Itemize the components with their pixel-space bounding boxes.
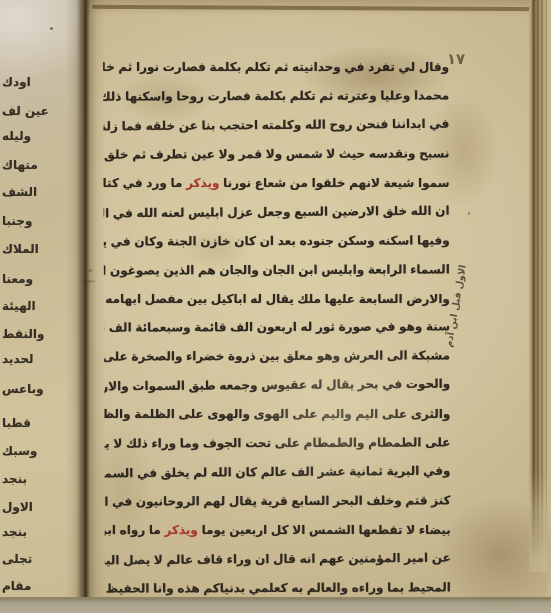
facing-page-word-fragment: وليله	[2, 129, 60, 149]
text-line: والحوت في بحر يقال له عقيوس وجمعه طبق ال…	[104, 370, 450, 402]
line-text: وفي البرية ثمانية عشر الف عالم كان الله …	[104, 464, 450, 482]
gutter-shadow	[66, 0, 106, 613]
text-line: في ابداننا فنحن روح الله وكلمته احتجب بن…	[103, 110, 449, 142]
rubric-word: ويذكر	[165, 523, 198, 537]
facing-page-word-fragment: متهاك	[2, 158, 60, 178]
text-line: على الطمطام والطمطام على تحت الجوف وما و…	[104, 429, 450, 459]
text-line: سنة وهو في صورة ثور له اربعون الف قائمة …	[104, 313, 450, 343]
text-line: والارض السابعة عليها ملك يقال له اباكيل …	[104, 285, 450, 314]
text-line: محمدا وعليا وعترته ثم تكلم بكلمة فصارت ر…	[103, 81, 449, 111]
ink-speck	[89, 269, 92, 272]
facing-page-word-fragment: الاول	[2, 500, 60, 520]
rubric-word: ويذكر	[186, 176, 219, 190]
line-text: محمدا وعليا وعترته ثم تكلم بكلمة فصارت ر…	[103, 88, 449, 103]
line-text: ان الله خلق الارضين السبع وجعل عزل ابليس…	[103, 203, 449, 220]
line-text: والثرى على اليم واليم على الهوى والهوى ع…	[104, 407, 450, 421]
line-text: والحوت في بحر يقال له عقيوس وجمعه طبق ال…	[104, 377, 450, 395]
facing-page-word-fragment: قطبا	[2, 416, 60, 436]
text-line: والثرى على اليم واليم على الهوى والهوى ع…	[104, 400, 450, 429]
facing-page-word-fragment: والنقط	[2, 327, 60, 347]
ink-speck	[50, 27, 53, 30]
line-text: كنز قتم وخلف البحر السابع قرية يقال لهم …	[105, 493, 451, 508]
facing-page-word-fragment: تجلى	[2, 552, 60, 572]
line-text: في ابداننا فنحن روح الله وكلمته احتجب بن…	[103, 117, 449, 134]
line-text: سموا شيعة لانهم خلقوا من شعاع نورنا	[219, 176, 449, 190]
facing-page-word-fragment: اودك	[2, 75, 60, 95]
fore-edge-fade	[529, 470, 547, 572]
outer-page-edge	[547, 0, 551, 613]
text-line: سموا شيعة لانهم خلقوا من شعاع نورنا ويذك…	[103, 169, 449, 198]
ink-speck	[468, 212, 470, 215]
text-line: وقال لي تفرد في وحدانيته ثم تكلم بكلمة ف…	[103, 53, 449, 82]
facing-page-word-fragment: بنجد	[2, 472, 60, 492]
main-text-block: وقال لي تفرد في وحدانيته ثم تكلم بكلمة ف…	[103, 52, 451, 603]
facing-page-word-fragment: عين لف	[2, 104, 60, 124]
facing-page-word-fragment: الملاك	[2, 242, 60, 262]
line-text: سنة وهو في صورة ثور له اربعون الف قائمة …	[104, 320, 450, 335]
text-line: نسبح ونقدسه حيث لا شمس ولا قمر ولا عين ت…	[103, 139, 449, 169]
line-text: نسبح ونقدسه حيث لا شمس ولا قمر ولا عين ت…	[103, 146, 449, 161]
line-text: على الطمطام والطمطام على تحت الجوف وما و…	[104, 436, 450, 452]
line-text: وقال لي تفرد في وحدانيته ثم تكلم بكلمة ف…	[103, 60, 449, 74]
manuscript-photo: اودكعين لفوليلهمتهاكالشفوجنباالملاكومعنا…	[0, 0, 551, 613]
facing-page-word-fragment: بنجد	[2, 525, 60, 545]
line-text: وفيها اسكنه وسكن جنوده بعد ان كان خازن ا…	[104, 233, 450, 248]
text-line: بيضاء لا تقطعها الشمس الا كل اربعين يوما…	[105, 516, 451, 545]
text-line: عن امير المؤمنين عهم انه قال ان وراء قاف…	[105, 544, 451, 576]
line-text: بيضاء لا تقطعها الشمس الا كل اربعين يوما	[198, 523, 451, 537]
line-text: ما ورد في كتاب التفسير	[103, 176, 186, 190]
text-line: كنز قتم وخلف البحر السابع قرية يقال لهم …	[105, 486, 451, 516]
facing-page-word-fragment: ومعنا	[2, 272, 60, 292]
facing-page-word-fragment: الشف	[2, 185, 60, 205]
text-line: مشبكة الى العرش وهو معلق بين ذروة خضراء …	[104, 342, 450, 372]
facing-page-word-fragment: وجنبا	[2, 214, 60, 234]
facing-page-word-fragment: لحديد	[2, 352, 60, 372]
facing-page-word-fragment: مقام	[2, 579, 60, 599]
text-line: ان الله خلق الارضين السبع وجعل عزل ابليس…	[103, 196, 449, 228]
text-line: السماء الرابعة وابليس ابن الجان والجان ه…	[104, 255, 450, 285]
line-text: السماء الرابعة وابليس ابن الجان والجان ه…	[104, 262, 450, 278]
line-text: مشبكة الى العرش وهو معلق بين ذروة خضراء …	[104, 349, 450, 364]
facing-page-word-fragment: وسبك	[2, 444, 60, 464]
line-text: والارض السابعة عليها ملك يقال له اباكيل …	[104, 292, 450, 306]
text-line: وفي البرية ثمانية عشر الف عالم كان الله …	[104, 457, 450, 489]
line-text: المحيط بما وراءه والعالم به كعلمي بدنياك…	[105, 580, 451, 596]
facing-page-word-fragment: وباعس	[2, 382, 60, 402]
page-bottom-edge	[0, 597, 551, 613]
line-text: ما رواه ابن عباس	[105, 523, 165, 537]
facing-page-word-fragment: الهيئة	[2, 299, 60, 319]
line-text: عن امير المؤمنين عهم انه قال ان وراء قاف…	[105, 551, 451, 568]
text-line: وفيها اسكنه وسكن جنوده بعد ان كان خازن ا…	[104, 226, 450, 256]
